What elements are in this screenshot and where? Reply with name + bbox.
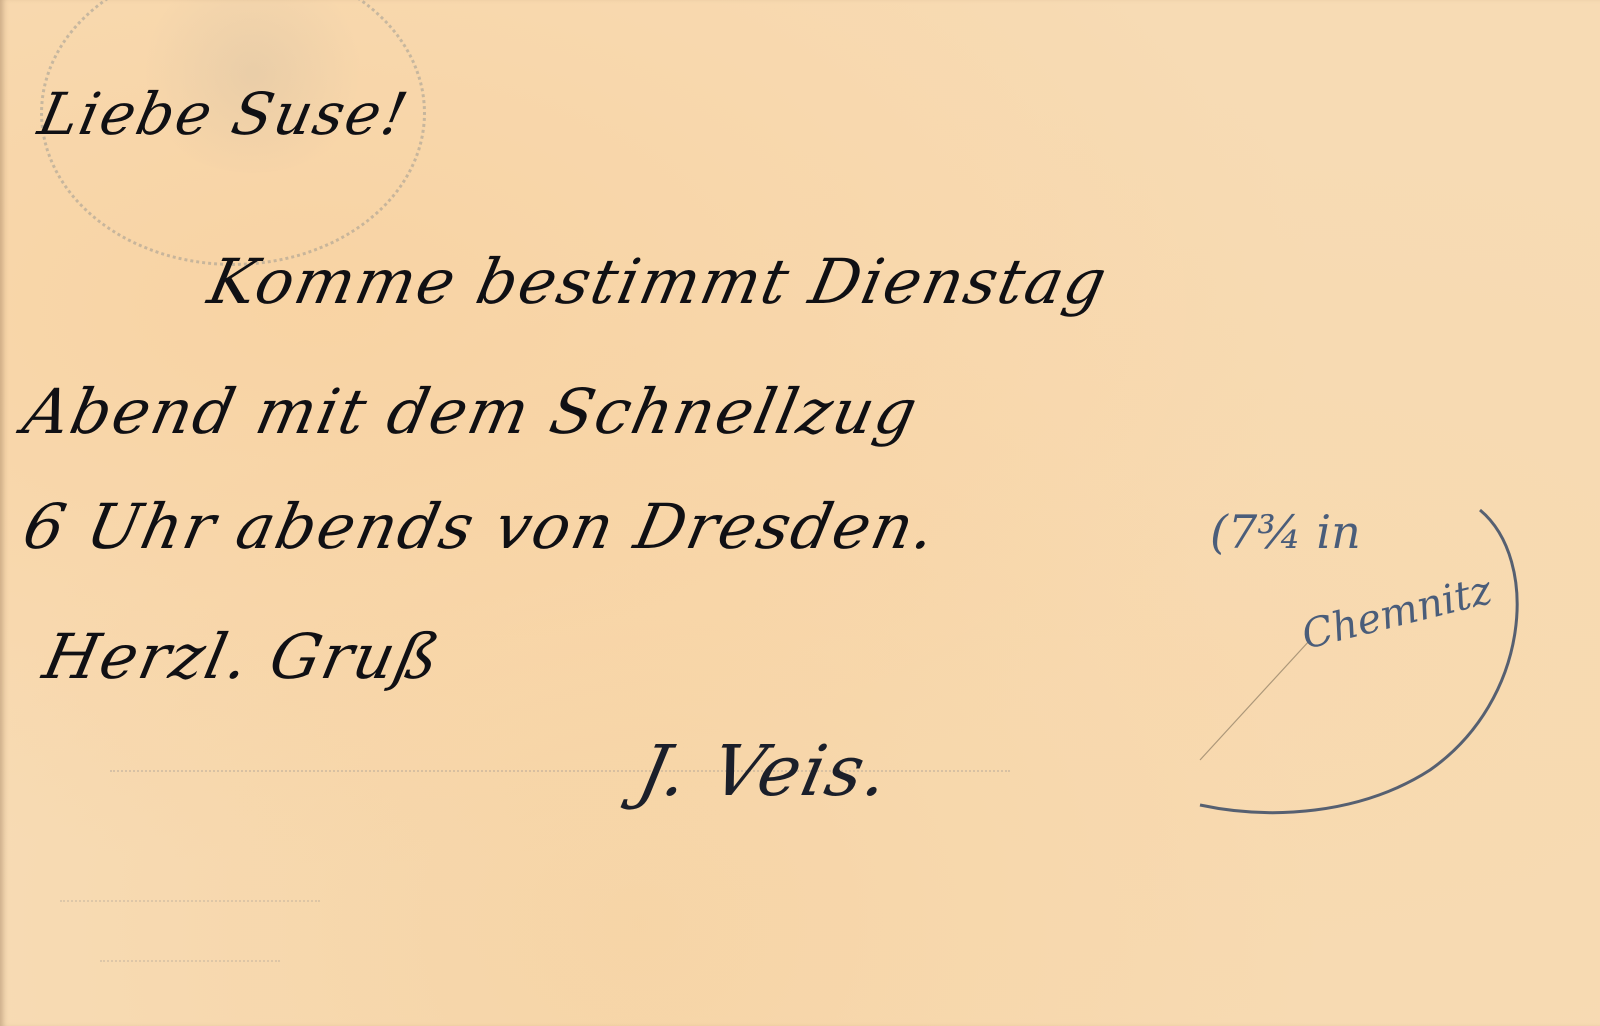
- greeting: Liebe Suse!: [33, 80, 415, 148]
- postcard: Liebe Suse! Komme bestimmt Dienstag Aben…: [0, 0, 1600, 1026]
- faint-printed-line: [100, 960, 280, 972]
- letter-line-2: Abend mit dem Schnellzug: [17, 375, 925, 448]
- letter-line-1: Komme bestimmt Dienstag: [202, 245, 1114, 318]
- faint-printed-line: [60, 900, 320, 912]
- signature: J. Veis.: [631, 730, 898, 812]
- closing: Herzl. Gruß: [37, 620, 447, 693]
- annotation-time: (7¾ in: [1210, 505, 1361, 559]
- letter-line-3: 6 Uhr abends von Dresden.: [17, 490, 944, 563]
